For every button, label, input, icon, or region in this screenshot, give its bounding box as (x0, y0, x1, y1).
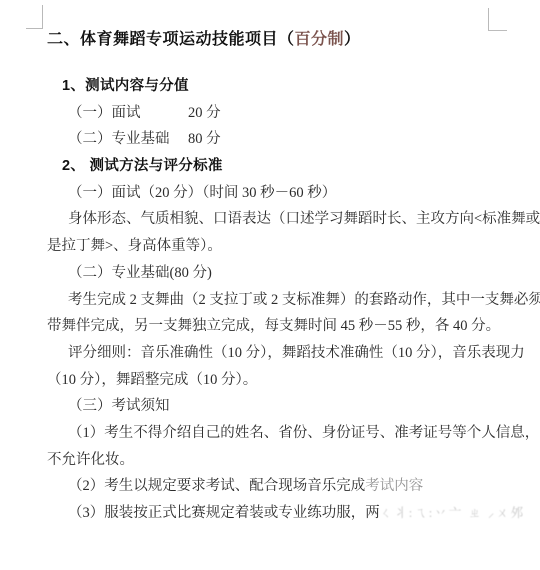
title-highlight: 百分制 (295, 31, 345, 48)
score-item-interview: （一）面试20 分 (47, 100, 492, 127)
scoring-rules-line2: （10 分），舞蹈整完成（10 分）。 (47, 367, 492, 394)
margin-corner-mark-right (488, 8, 507, 31)
interview-body-line2: 是拉丁舞>、身高体重等）。 (47, 233, 492, 260)
document-page: 二、体育舞蹈专项运动技能项目（百分制） 1、测试内容与分值 （一）面试20 分 … (0, 0, 540, 570)
notes-subheading: （三）考试须知 (47, 393, 492, 420)
note2-line: （2）考生以规定要求考试、配合现场音乐完成考试内容 (47, 473, 492, 500)
note3-text: （3）服装按正式比赛规定着装或专业练功服，两 (68, 505, 380, 521)
interview-subheading: （一）面试（20 分）（时间 30 秒－60 秒） (47, 180, 492, 207)
note3-faded-illegible-text: ㄑ丬:ㄟ:丷亠 ㄓ ⸝ㄨ邜 (380, 506, 525, 520)
section1-heading: 1、测试内容与分值 (62, 73, 492, 100)
score-item-label: （一）面试 (68, 105, 141, 121)
interview-body-line1: 身体形态、气质相貌、口语表达（口述学习舞蹈时长、主攻方向<标准舞或 (47, 206, 492, 233)
page-title: 二、体育舞蹈专项运动技能项目（百分制） (47, 27, 492, 53)
section2-heading: 2、 测试方法与评分标准 (62, 153, 492, 180)
basic-subheading: （二）专业基础(80 分) (47, 260, 492, 287)
score-item-basic: （二）专业基础80 分 (47, 126, 492, 153)
title-text: 二、体育舞蹈专项运动技能项目（ (47, 31, 295, 48)
title-suffix: ） (344, 31, 361, 48)
note3-line: （3）服装按正式比赛规定着装或专业练功服，两ㄑ丬:ㄟ:丷亠 ㄓ ⸝ㄨ邜 (47, 500, 492, 527)
basic-body-line1: 考生完成 2 支舞曲（2 支拉丁或 2 支标准舞）的套路动作，其中一支舞必须 (47, 287, 492, 314)
document-content: 二、体育舞蹈专项运动技能项目（百分制） 1、测试内容与分值 （一）面试20 分 … (0, 0, 540, 527)
scoring-rules-line1: 评分细则：音乐准确性（10 分），舞蹈技术准确性（10 分），音乐表现力 (47, 340, 492, 367)
note2-smudged-text: 考试内容 (365, 478, 423, 494)
note1-line1: （1）考生不得介绍自己的姓名、省份、身份证号、准考证号等个人信息， (47, 420, 492, 447)
margin-corner-mark-left (26, 5, 43, 29)
note2-text: （2）考生以规定要求考试、配合现场音乐完成 (68, 478, 365, 494)
note1-line2: 不允许化妆。 (47, 447, 492, 474)
score-item-label: （二）专业基础 (68, 131, 170, 147)
score-item-value: 80 分 (188, 126, 221, 153)
basic-body-line2: 带舞伴完成，另一支舞独立完成，每支舞时间 45 秒－55 秒，各 40 分。 (47, 313, 492, 340)
score-item-value: 20 分 (188, 100, 221, 127)
